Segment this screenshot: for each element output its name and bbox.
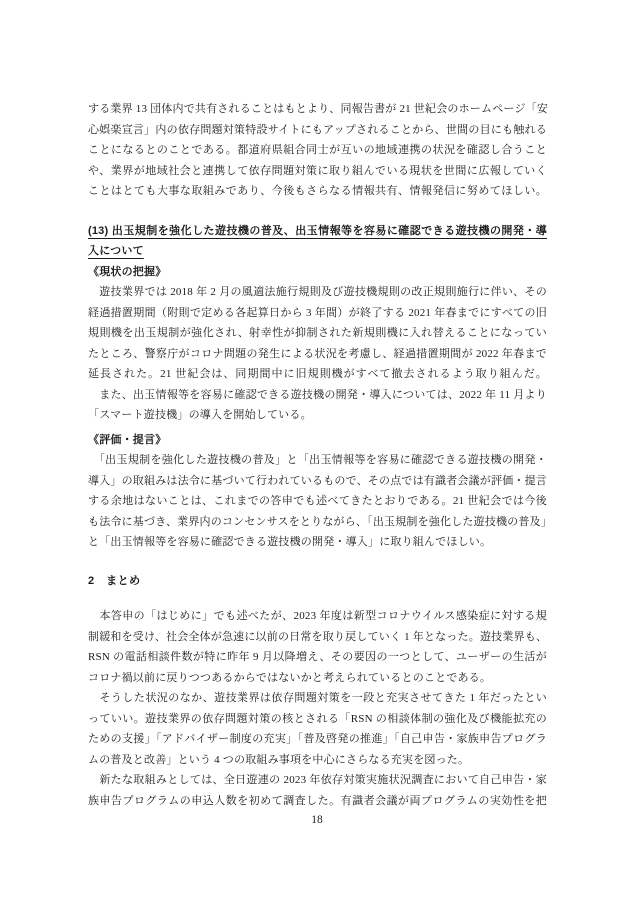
text-line: っていい。遊技業界の依存問題対策の核とされる「RSN の相談体制の強化及び機能拡… [88, 709, 547, 730]
text-line: と「出玉情報等を容易に確認できる遊技機の開発・導入」に取り組んでほしい。 [88, 532, 547, 553]
text-line: コロナ禍以前に戻りつつあるからではないかと考えられているとのことである。 [88, 668, 547, 689]
evaluation-label: 《評価・提言》 [88, 430, 547, 451]
text-line: 経過措置期間（附則で定める各起算日から 3 年間）が終了する 2021 年春まで… [88, 303, 547, 324]
text-line: 規則機を出玉規制が強化され、射幸性が抑制された新規則機に入れ替えることになってい [88, 323, 547, 344]
document-page: する業界 13 団体内で共有されることはもとより、同報告書が 21 世紀会のホー… [0, 0, 634, 897]
text-line: ための支援」「アドバイザー制度の充実」「普及啓発の推進」「自己申告・家族申告プロ… [88, 729, 547, 750]
text-line: ことはとても大事な取組みであり、今後もさらなる情報共有、情報発信に努めてほしい。 [88, 181, 547, 202]
text-line: 「スマート遊技機」の導入を開始している。 [88, 405, 547, 426]
current-status-paragraph: 遊技業界では 2018 年 2 月の風適法施行規則及び遊技機規則の改正規則施行に… [88, 282, 547, 426]
current-status-label: 《現状の把握》 [88, 262, 547, 283]
page-number: 18 [0, 810, 634, 830]
summary-paragraph-1: 本答申の「はじめに」でも述べたが、2023 年度は新型コロナウイルス感染症に対す… [88, 606, 547, 688]
intro-paragraph: する業界 13 団体内で共有されることはもとより、同報告書が 21 世紀会のホー… [88, 99, 547, 202]
text-line: 族申告プログラムの申込人数を初めて調査した。有識者会議が両プログラムの実効性を把 [88, 791, 547, 812]
summary-paragraph-3: 新たな取組みとしては、全日遊連の 2023 年依存対策実施状況調査において自己申… [88, 770, 547, 811]
summary-heading: 2 まとめ [88, 571, 547, 592]
summary-paragraph-2: そうした状況のなか、遊技業界は依存問題対策を一段と充実させてきた 1 年だったと… [88, 688, 547, 770]
text-line: 導入」の取組みは法令に基づいて行われているもので、その点では有識者会議が評価・提… [88, 471, 547, 492]
text-line: 延長された。21 世紀会は、同期間中に旧規則機がすべて撤去されるよう取り組んだ。 [88, 364, 547, 385]
section-13-heading: (13) 出玉規制を強化した遊技機の普及、出玉情報等を容易に確認できる遊技機の開… [88, 221, 547, 262]
section-13-heading-line-2: 入について [88, 241, 547, 262]
text-line: ムの普及と改善」という 4 つの取組み事項を中心にさらなる充実を図った。 [88, 750, 547, 771]
document-content: する業界 13 団体内で共有されることはもとより、同報告書が 21 世紀会のホー… [88, 99, 547, 811]
section-13-heading-line-1: (13) 出玉規制を強化した遊技機の普及、出玉情報等を容易に確認できる遊技機の開… [88, 221, 547, 242]
text-line: RSN の電話相談件数が特に昨年 9 月以降増え、その要因の一つとして、ユーザー… [88, 647, 547, 668]
text-line: 心娯楽宣言」内の依存問題対策特設サイトにもアップされることから、世間の目にも触れ… [88, 120, 547, 141]
text-line: も法令に基づき、業界内のコンセンサスをとりながら、「出玉規制を強化した遊技機の普… [88, 512, 547, 533]
text-line: 「出玉規制を強化した遊技機の普及」と「出玉情報等を容易に確認できる遊技機の開発・ [88, 450, 547, 471]
text-line: する業界 13 団体内で共有されることはもとより、同報告書が 21 世紀会のホー… [88, 99, 547, 120]
text-line: たところ、警察庁がコロナ問題の発生による状況を考慮し、経過措置期間が 2022 … [88, 344, 547, 365]
text-line: 新たな取組みとしては、全日遊連の 2023 年依存対策実施状況調査において自己申… [88, 770, 547, 791]
text-line: 制緩和を受け、社会全体が急速に以前の日常を取り戻していく 1 年となった。遊技業… [88, 627, 547, 648]
text-line: 本答申の「はじめに」でも述べたが、2023 年度は新型コロナウイルス感染症に対す… [88, 606, 547, 627]
text-line: する余地はないことは、これまでの答申でも述べてきたとおりである。21 世紀会では… [88, 491, 547, 512]
evaluation-paragraph: 「出玉規制を強化した遊技機の普及」と「出玉情報等を容易に確認できる遊技機の開発・… [88, 450, 547, 553]
text-line: 遊技業界では 2018 年 2 月の風適法施行規則及び遊技機規則の改正規則施行に… [88, 282, 547, 303]
text-line: そうした状況のなか、遊技業界は依存問題対策を一段と充実させてきた 1 年だったと… [88, 688, 547, 709]
text-line: や、業界が地域社会と連携して依存問題対策に取り組んでいる現状を世間に広報していく [88, 161, 547, 182]
text-line: ことになるとのことである。都道府県組合同士が互いの地域連携の状況を確認し合うこと [88, 140, 547, 161]
text-line: また、出玉情報等を容易に確認できる遊技機の開発・導入については、2022 年 1… [88, 385, 547, 406]
